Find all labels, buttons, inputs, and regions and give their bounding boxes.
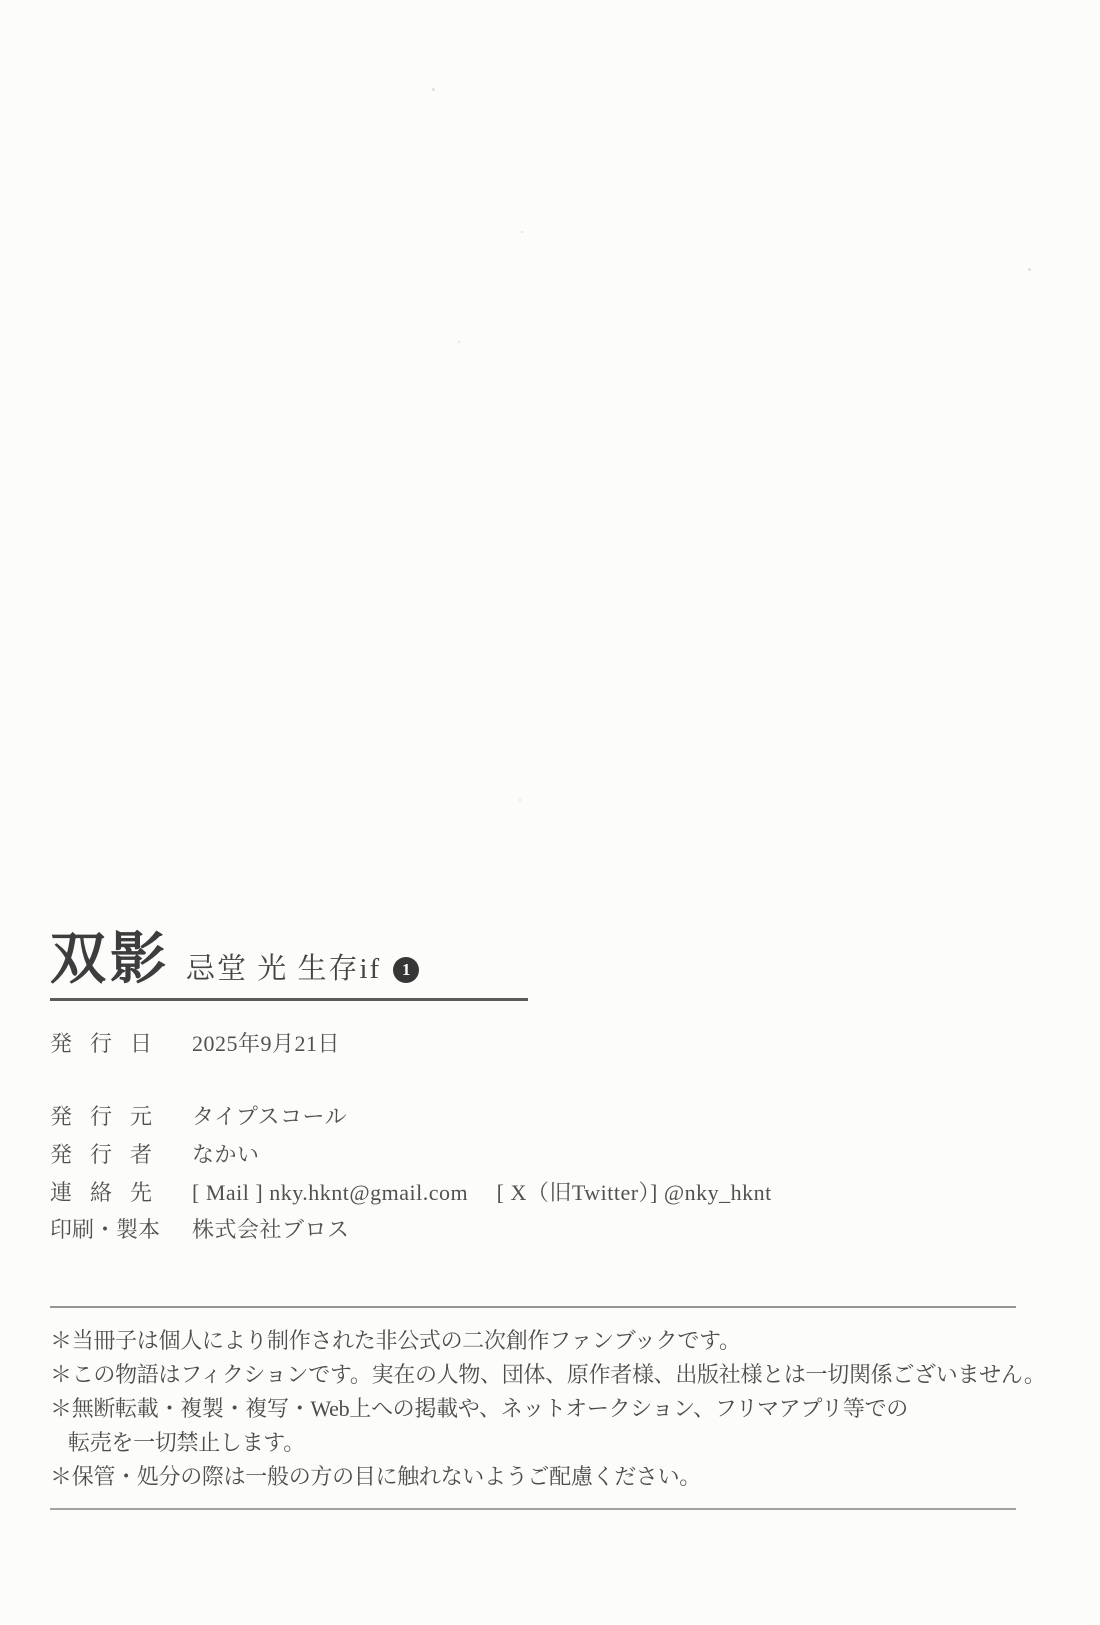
disclaimer-line: ＊保管・処分の際は一般の方の目に触れないようご配慮ください。 [50,1460,1016,1494]
info-label: 連絡先 [50,1176,152,1207]
book-subtitle: 忌堂 光 生存if [186,946,381,987]
info-row-printing: 印刷・製本 株式会社ブロス [50,1213,350,1244]
info-row-author: 発行者 なかい [50,1138,260,1169]
info-label: 発行元 [50,1100,152,1131]
disclaimer-box: ＊当冊子は個人により制作された非公式の二次創作ファンブックです。 ＊この物語はフ… [50,1306,1016,1510]
info-value: 2025年9月21日 [192,1027,340,1058]
info-row-contact: 連絡先 [ Mail ] nky.hknt@gmail.com [ X（旧Twi… [50,1176,772,1207]
scan-speck [458,341,460,343]
scan-speck [519,799,521,801]
title-underline [50,998,528,1001]
contact-details: [ Mail ] nky.hknt@gmail.com [ X（旧Twitter… [192,1176,772,1207]
scan-speck [432,88,435,91]
scan-speck [521,231,523,233]
volume-1-badge: 1 [393,957,419,983]
info-label: 発行日 [50,1027,152,1058]
colophon-page: 双影 忌堂 光 生存if 1 発行日 2025年9月21日 発行元 タイプスコー… [0,0,1100,1625]
info-label: 印刷・製本 [50,1213,152,1244]
disclaimer-line: ＊無断転載・複製・複写・Web上への掲載や、ネットオークション、フリマアプリ等で… [50,1392,1016,1426]
info-row-issue-date: 発行日 2025年9月21日 [50,1027,340,1058]
info-value: なかい [192,1138,260,1169]
info-row-publisher-circle: 発行元 タイプスコール [50,1100,347,1131]
info-value: タイプスコール [192,1100,347,1131]
info-value: 株式会社ブロス [192,1213,350,1244]
title-row: 双影 忌堂 光 生存if 1 [50,930,419,990]
book-title: 双影 [50,930,170,990]
scan-speck [1028,268,1031,271]
info-label: 発行者 [50,1138,152,1169]
disclaimer-line: ＊当冊子は個人により制作された非公式の二次創作ファンブックです。 [50,1324,1016,1358]
disclaimer-line: ＊この物語はフィクションです。実在の人物、団体、原作者様、出版社様とは一切関係ご… [50,1358,1016,1392]
disclaimer-line-continuation: 転売を一切禁止します。 [50,1426,1016,1460]
